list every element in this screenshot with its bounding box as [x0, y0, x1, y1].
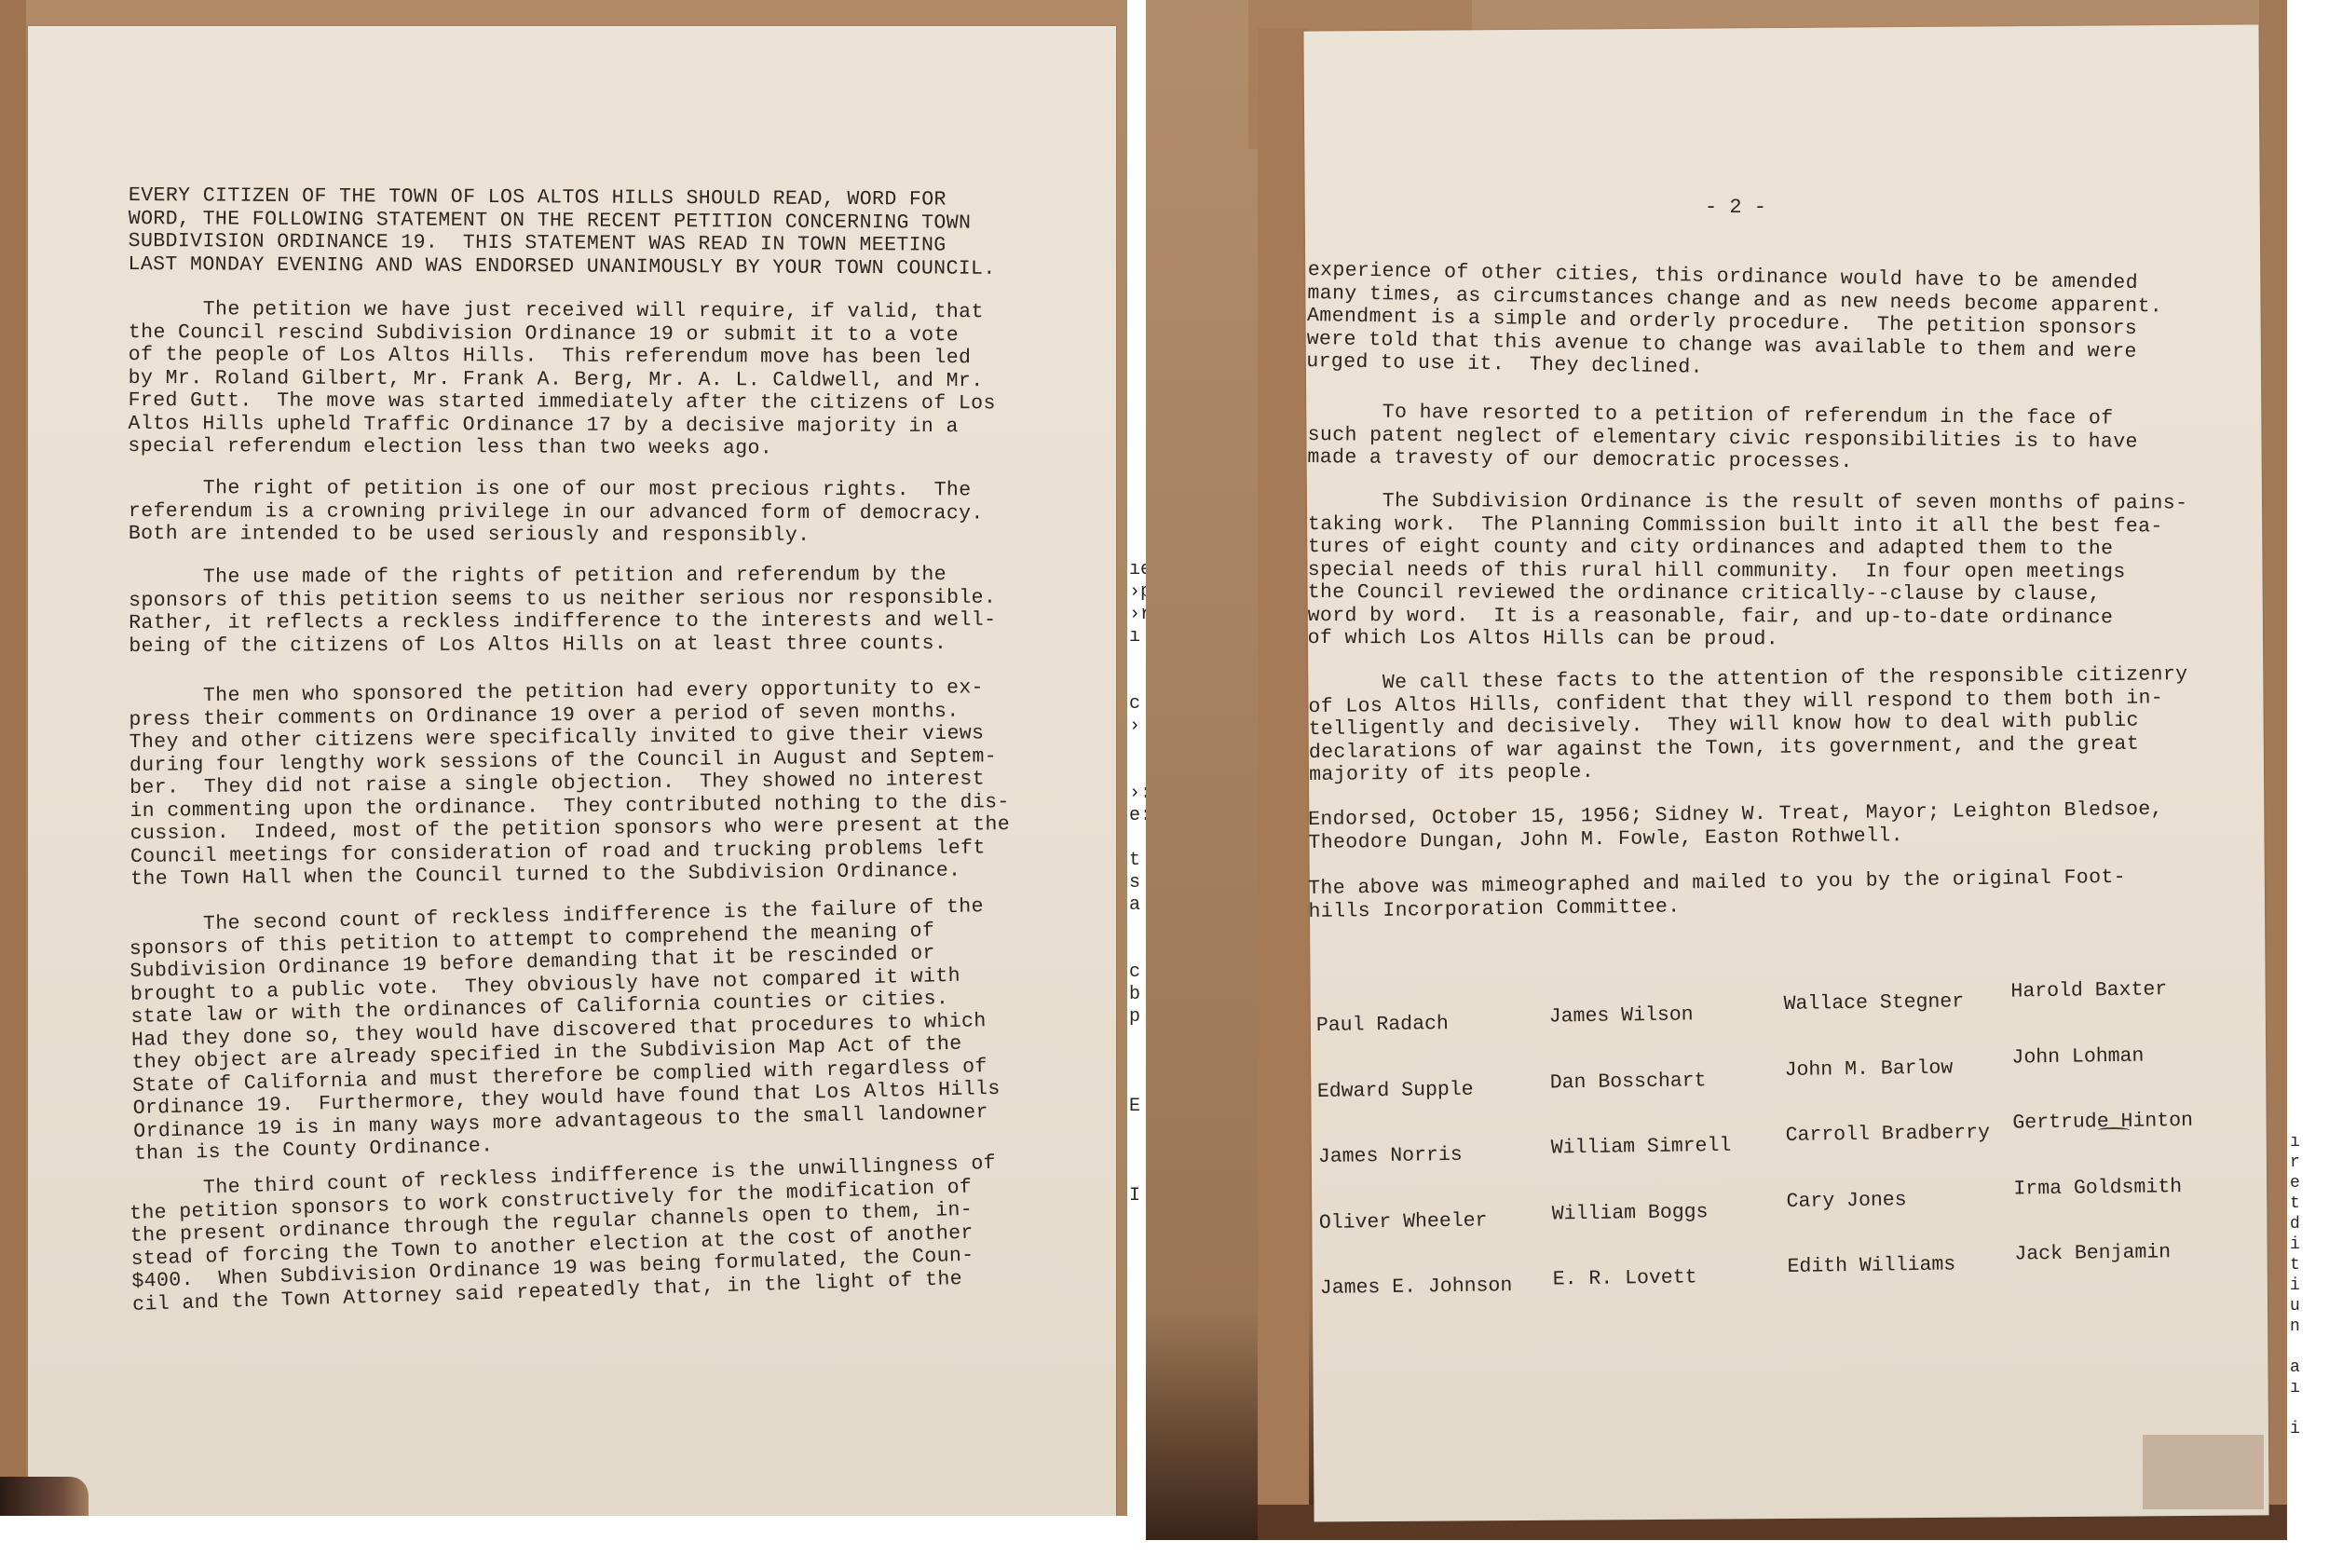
signer: Carroll Bradberry [1785, 1123, 2012, 1148]
signer: Dan Bosschart [1550, 1069, 1785, 1094]
page-1-paragraph-1: The petition we have just received will … [128, 298, 996, 461]
signer: Oliver Wheeler [1319, 1209, 1552, 1234]
signer: William Boggs [1552, 1200, 1787, 1225]
page-2-paragraph-2: To have resorted to a petition of refere… [1307, 401, 2138, 476]
page-2-paragraph-1: experience of other cities, this ordinan… [1306, 259, 2163, 387]
page-1-heading: EVERY CITIZEN OF THE TOWN OF LOS ALTOS H… [128, 184, 996, 280]
signer: Paul Radach [1316, 1013, 1549, 1038]
page-1-paragraph-4: The men who sponsored the petition had e… [129, 676, 1011, 891]
pen-mark [2098, 1127, 2130, 1133]
page-number: - 2 - [1705, 196, 1766, 219]
committee-signers: Paul Radach Edward Supple James Norris O… [1315, 952, 2221, 1344]
signer: William Simrell [1551, 1135, 1786, 1160]
signer: Irma Goldsmith [2013, 1176, 2218, 1201]
signer: James Wilson [1549, 1003, 1784, 1029]
signer-column-1: Paul Radach Edward Supple James Norris O… [1315, 969, 1554, 1344]
signer: Cary Jones [1786, 1188, 2013, 1213]
page-2-paragraph-4: We call these facts to the attention of … [1308, 663, 2189, 786]
signer: James E. Johnson [1320, 1275, 1553, 1300]
page-2-paragraph-3: The Subdivision Ordinance is the result … [1308, 490, 2188, 652]
page-1-paragraph-5: The second count of reckless indifferenc… [129, 895, 1001, 1166]
thumb [0, 1477, 89, 1516]
signer: Wallace Stegner [1783, 991, 2010, 1016]
signer: E. R. Lovett [1553, 1266, 1788, 1291]
page-1-paragraph-3: The use made of the rights of petition a… [129, 564, 996, 658]
tape-left [1258, 28, 1309, 1537]
adjacent-page-fragments-right: ı r e t d i t ic u n al ıl in [2290, 1132, 2301, 1439]
signer: John M. Barlow [1784, 1057, 2011, 1082]
page-1-paragraph-6: The third count of reckless indifference… [129, 1152, 1000, 1316]
signer-column-2: James Wilson Dan Bosschart William Simre… [1548, 960, 1789, 1341]
adjacent-page-fragments: ıe ›p ›r ı c › ›: e: t s a c b p E I [1129, 559, 1146, 1207]
signer: James Norris [1318, 1143, 1551, 1168]
tape-corner [2143, 1435, 2264, 1509]
signer: Jack Benjamin [2014, 1241, 2219, 1266]
signer: John Lohman [2011, 1044, 2216, 1070]
page-1-paragraph-2: The right of petition is one of our most… [129, 477, 984, 548]
signer-column-3: Wallace Stegner John M. Barlow Carroll B… [1783, 948, 2016, 1338]
signer-column-4: Harold Baxter John Lohman Gertrude Hinto… [2010, 935, 2221, 1335]
signer: Harold Baxter [2010, 979, 2215, 1004]
signer: Edith Williams [1787, 1254, 2014, 1279]
binder-edge [0, 0, 26, 1516]
signer: Edward Supple [1317, 1078, 1550, 1103]
